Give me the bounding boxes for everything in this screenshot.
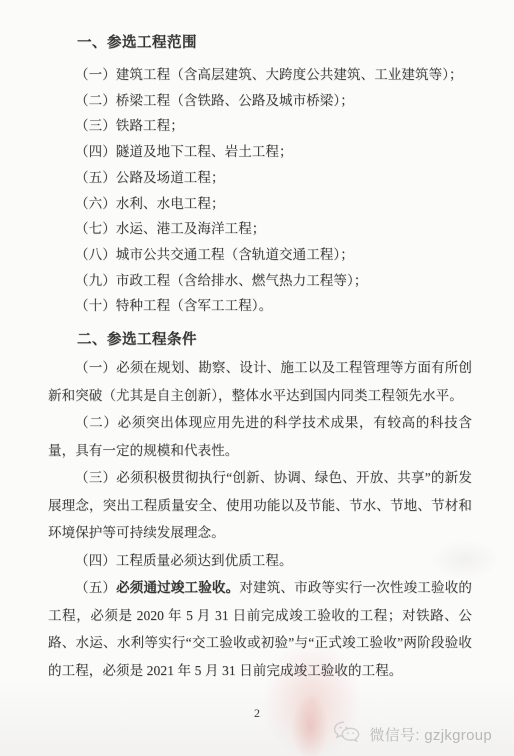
scan-smudge <box>292 695 328 756</box>
scope-section-heading: 一、参选工程范围 <box>48 30 472 56</box>
watermark-text: 微信号: gzjkgroup <box>369 724 492 745</box>
condition-5-bold-text: 必须通过竣工验收。 <box>116 580 239 595</box>
condition-paragraph-1: （一）必须在规划、勘察、设计、施工以及工程管理等方面有所创新和突破（尤其是自主创… <box>48 354 472 409</box>
condition-paragraph-5: （五）必须通过竣工验收。对建筑、市政等实行一次性竣工验收的工程，必须是 2020… <box>48 574 472 684</box>
scope-item-2: （二）桥梁工程（含铁路、公路及城市桥梁）； <box>48 88 472 114</box>
scope-list: （一）建筑工程（含高层建筑、大跨度公共建筑、工业建筑等）； （二）桥梁工程（含铁… <box>48 62 472 319</box>
scope-item-8: （八）城市公共交通工程（含轨道交通工程）； <box>48 242 472 268</box>
watermark: 微信号: gzjkgroup <box>332 720 492 749</box>
condition-paragraph-4: （四）工程质量必须达到优质工程。 <box>48 547 472 575</box>
condition-paragraph-3: （三）必须积极贯彻执行“创新、协调、绿色、开放、共享”的新发展理念，突出工程质量… <box>48 464 472 547</box>
scope-item-6: （六）水利、水电工程； <box>48 191 472 217</box>
scope-item-10: （十）特种工程（含军工工程）。 <box>48 293 472 319</box>
conditions-section-heading: 二、参选工程条件 <box>48 327 472 353</box>
condition-paragraph-2: （二）必须突出体现应用先进的科学技术成果，有较高的科技含量，具有一定的规模和代表… <box>48 409 472 464</box>
document-page: 一、参选工程范围 （一）建筑工程（含高层建筑、大跨度公共建筑、工业建筑等）； （… <box>0 0 514 756</box>
page-number: 2 <box>0 706 514 720</box>
page-content: 一、参选工程范围 （一）建筑工程（含高层建筑、大跨度公共建筑、工业建筑等）； （… <box>48 0 472 684</box>
scope-item-3: （三）铁路工程； <box>48 113 472 139</box>
scope-item-9: （九）市政工程（含给排水、燃气热力工程等）； <box>48 268 472 294</box>
condition-5-prefix: （五） <box>75 580 116 595</box>
scope-item-5: （五）公路及场道工程； <box>48 165 472 191</box>
wechat-icon <box>332 720 362 749</box>
scope-item-1: （一）建筑工程（含高层建筑、大跨度公共建筑、工业建筑等）； <box>48 62 472 88</box>
scope-item-4: （四）隧道及地下工程、岩土工程； <box>48 139 472 165</box>
scope-item-7: （七）水运、港工及海洋工程； <box>48 216 472 242</box>
